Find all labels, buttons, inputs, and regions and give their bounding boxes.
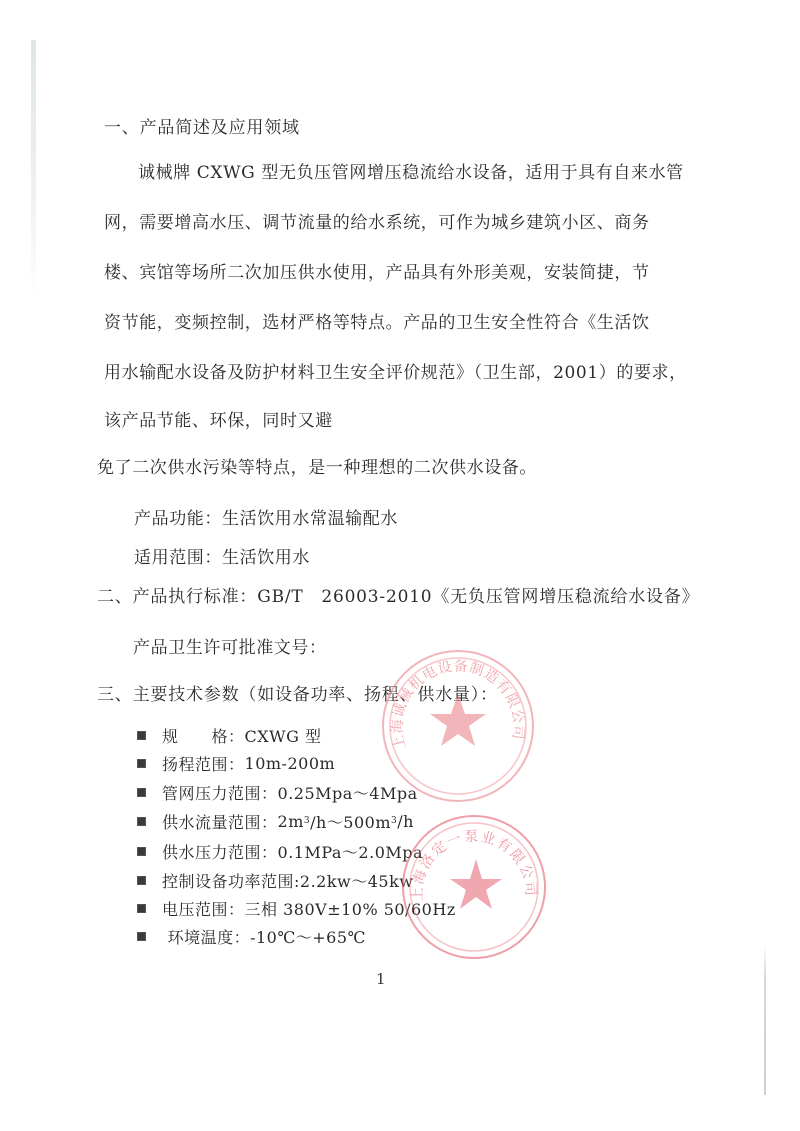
param-supply-pressure: 供水压力范围： 0.1MPa～2.0Mpa bbox=[137, 840, 423, 862]
param-value: 10m-200m bbox=[245, 754, 336, 773]
param-value-pre: 2m bbox=[278, 812, 304, 831]
bullet-square-icon bbox=[137, 759, 146, 768]
param-flow-range: 供水流量范围： 2m3/h～500m3/h bbox=[137, 810, 414, 832]
param-label: 电压范围： bbox=[162, 897, 245, 920]
param-label: 控制设备功率范围: bbox=[162, 869, 300, 892]
paragraph-line: 资节能，变频控制，选材严格等特点。产品的卫生安全性符合《生活饮 bbox=[104, 312, 650, 334]
param-label: 规 格： bbox=[162, 724, 245, 747]
page-number: 1 bbox=[376, 970, 386, 988]
param-label: 环境温度： bbox=[162, 925, 250, 948]
param-spec: 规 格： CXWG 型 bbox=[137, 724, 321, 746]
seal-star-icon: 上海洛定一泵业有限公司 bbox=[404, 817, 544, 957]
section2-heading: 二、产品执行标准：GB/T 26003-2010《无负压管网增压稳流给水设备》 bbox=[97, 586, 699, 608]
paragraph-line: 免了二次供水污染等特点，是一种理想的二次供水设备。 bbox=[97, 457, 537, 479]
param-head-range: 扬程范围： 10m-200m bbox=[137, 752, 335, 774]
param-value: -10℃～+65℃ bbox=[250, 925, 366, 948]
product-function: 产品功能：生活饮用水常温输配水 bbox=[134, 508, 398, 530]
paragraph-line: 用水输配水设备及防护材料卫生安全评价规范》（卫生部，2001）的要求， bbox=[104, 362, 687, 384]
param-label: 管网压力范围： bbox=[162, 781, 278, 804]
company-seal-1: 上海诚械机电设备制造有限公司 bbox=[382, 650, 534, 802]
param-power-range: 控制设备功率范围: 2.2kw～45kw bbox=[137, 869, 414, 891]
bullet-square-icon bbox=[137, 932, 146, 941]
param-value: 2.2kw～45kw bbox=[300, 869, 414, 892]
section1-heading: 一、产品简述及应用领域 bbox=[104, 117, 300, 139]
param-value: CXWG 型 bbox=[245, 724, 322, 747]
param-value-mid: /h～500m bbox=[310, 810, 391, 833]
bullet-square-icon bbox=[137, 731, 146, 740]
bullet-square-icon bbox=[137, 876, 146, 885]
param-ambient-temp: 环境温度： -10℃～+65℃ bbox=[137, 925, 366, 947]
scan-edge-right bbox=[764, 945, 766, 1095]
bullet-square-icon bbox=[137, 817, 146, 826]
scan-edge-left bbox=[31, 40, 36, 300]
paragraph-line: 诚械牌 CXWG 型无负压管网增压稳流给水设备，适用于具有自来水管 bbox=[138, 162, 684, 184]
paragraph-line: 网，需要增高水压、调节流量的给水系统，可作为城乡建筑小区、商务 bbox=[104, 212, 650, 234]
param-label: 供水压力范围： bbox=[162, 840, 278, 863]
applicable-scope: 适用范围：生活饮用水 bbox=[134, 547, 310, 569]
param-value: 0.1MPa～2.0Mpa bbox=[278, 840, 424, 863]
param-label: 扬程范围： bbox=[162, 752, 245, 775]
seal-star-icon: 上海诚械机电设备制造有限公司 bbox=[384, 652, 532, 800]
paragraph-line: 楼、宾馆等场所二次加压供水使用，产品具有外形美观，安装简捷，节 bbox=[104, 262, 650, 284]
paragraph-line: 该产品节能、环保，同时又避 bbox=[104, 410, 333, 432]
license-label: 产品卫生许可批准文号： bbox=[133, 637, 327, 659]
company-seal-2: 上海洛定一泵业有限公司 bbox=[402, 815, 546, 959]
param-network-pressure: 管网压力范围： 0.25Mpa～4Mpa bbox=[137, 781, 418, 803]
bullet-square-icon bbox=[137, 904, 146, 913]
bullet-square-icon bbox=[137, 788, 146, 797]
bullet-square-icon bbox=[137, 847, 146, 856]
param-label: 供水流量范围： bbox=[162, 810, 278, 833]
